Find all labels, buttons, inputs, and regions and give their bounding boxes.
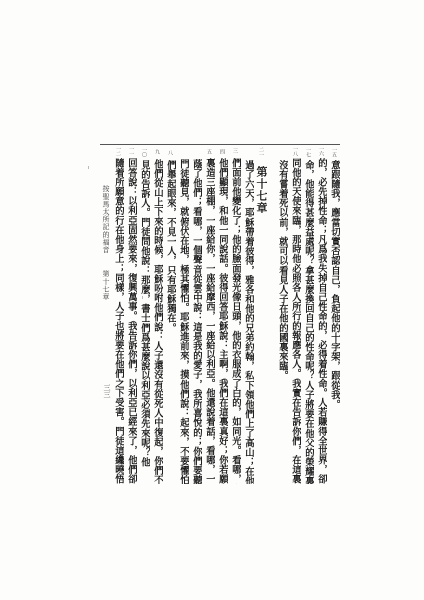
verse-number: 一二 <box>112 146 124 156</box>
verse-number: 一一 <box>125 146 137 156</box>
text-column: 一五 意跟隨我，應當切實否認自己，負起他的十字架，跟從我。 <box>328 146 340 484</box>
running-title: 按聖馬太所記的福音 第十七章 <box>101 185 111 301</box>
verse-number: 二一 <box>255 146 267 158</box>
text-column: 一八 同他的天使來臨，那時他必照各人所行的報應各人。我實在告訴你們，在這裏站着的… <box>289 146 301 484</box>
verse-number: 三 <box>229 146 241 156</box>
scan-speck <box>88 166 89 169</box>
text-column: 一六 的，必先掉性命；凡爲我失掉自己性命的，必得着性命。人若賺得全世界，卻賠掉了… <box>315 146 327 484</box>
chapter-heading: 第十七章 <box>255 166 267 214</box>
column-text: 意跟隨我，應當切實否認自己，負起他的十字架，跟從我。 <box>328 160 340 409</box>
column-text: 命，他能得甚麼益處呢？拿甚麼換回自己的性命呢？人子將要在他父的榮耀裏 <box>302 160 314 484</box>
text-column: 蔭了他們；看哪，一個聲音從雲中說：這是我的愛子，我所喜悅的；你們要聽他。 <box>190 146 202 484</box>
text-column: 五 裏造三座棚，一座給你，一座給摩西，一座給以利亞。他還說着話，看哪，一朵光明的… <box>203 146 215 484</box>
text-column: 四 他們顯現，和他一同說話。彼得回答耶穌說：主啊，我們在這裏真好；你若願意，我就… <box>216 146 228 484</box>
column-text: 他們顯現，和他一同說話。彼得回答耶穌說：主啊，我們在這裏真好；你若願意，我就在這 <box>216 158 228 484</box>
verse-number: 九 <box>151 146 163 157</box>
text-column: 一七 命，他能得甚麼益處呢？拿甚麼換回自己的性命呢？人子將要在他父的榮耀裏 <box>302 146 314 484</box>
column-text: 隨着所願意的行在他身上；同樣，人子也將要在他們之下受害。門徒這纔曉悟他是指着施洗 <box>112 158 124 484</box>
column-text: 他們從山上下來的時候，耶穌吩咐他們說：人子還沒有從死人中復起，你們不要將所看 <box>151 159 163 484</box>
running-title-book: 按聖馬太所記的福音 <box>102 185 110 253</box>
column-text: 蔭了他們；看哪，一個聲音從雲中說：這是我的愛子，我所喜悅的；你們要聽他。 <box>190 159 202 484</box>
vertical-columns: 一五 意跟隨我，應當切實否認自己，負起他的十字架，跟從我。 一六 的，必先掉性命… <box>112 146 340 484</box>
column-text: 裏造三座棚，一座給你，一座給摩西，一座給以利亞。他還說着話，看哪，一朵光明的雲彩 <box>203 158 215 484</box>
chapter-heading-column: 二一 第十七章 <box>255 146 267 484</box>
scan-speck <box>142 296 143 299</box>
text-column: 一一 回答說：以利亞固然要來，復興萬事。我告訴你們，以利亞已經來了，他們卻不認識… <box>125 146 137 484</box>
verse-number: 一五 <box>328 146 340 158</box>
verse-number: 一七 <box>302 146 314 158</box>
column-text: 見的告訴人。門徒問他說：那麼，書士們爲甚麼說以利亞必須先來呢？他 <box>138 160 150 467</box>
running-title-chapter: 第十七章 <box>101 270 111 300</box>
column-text: 同他的天使來臨，那時他必照各人所行的報應各人。我實在告訴你們，在這裏站着的，有人… <box>289 158 301 484</box>
verse-number: 八 <box>164 146 176 158</box>
column-text: 門徒聽見，就俯伏在地，極其懼怕。耶穌進前來，摸他們說：起來，不要懼怕了。他 <box>177 159 189 484</box>
verse-number: 四 <box>216 146 228 156</box>
column-text: 過了六天，耶穌帶着彼得，雅各和他的兄弟約翰，私下領他們上了高山；在他 <box>242 160 254 484</box>
verse-number: 一〇 <box>138 146 150 158</box>
text-column: 門徒聽見，就俯伏在地，極其懼怕。耶穌進前來，摸他們說：起來，不要懼怕了。他 <box>177 146 189 484</box>
verse-number: 一六 <box>315 146 327 156</box>
text-column: 三 們面前他變化了；他的臉面發光像日頭，他的衣服成了白的，如同光。看哪，摩西和以… <box>229 146 241 484</box>
text-column: 九 他們從山上下來的時候，耶穌吩咐他們說：人子還沒有從死人中復起，你們不要將所看 <box>151 146 163 484</box>
text-column: 一〇 見的告訴人。門徒問他說：那麼，書士們爲甚麼說以利亞必須先來呢？他 <box>138 146 150 484</box>
text-column: 八 們舉起眼來，不見一人，只有耶穌獨在。 <box>164 146 176 484</box>
column-text: 沒有嘗着死以前，就可以看見人子在他的國裏來臨。 <box>276 160 288 381</box>
column-text: 們舉起眼來，不見一人，只有耶穌獨在。 <box>164 160 176 333</box>
column-text: 們面前他變化了；他的臉面發光像日頭，他的衣服成了白的，如同光。看哪，摩西和以利亞… <box>229 158 241 484</box>
header-rule <box>100 144 340 145</box>
page-number: 三三 <box>102 384 112 398</box>
text-block: 一五 意跟隨我，應當切實否認自己，負起他的十字架，跟從我。 一六 的，必先掉性命… <box>100 144 340 484</box>
column-text: 的，必先掉性命；凡爲我失掉自己性命的，必得着性命。人若賺得全世界，卻賠掉了自己的… <box>315 158 327 484</box>
text-column: 一二 隨着所願意的行在他身上；同樣，人子也將要在他們之下受害。門徒這纔曉悟他是指… <box>112 146 124 484</box>
column-text: 回答說：以利亞固然要來，復興萬事。我告訴你們，以利亞已經來了，他們卻不認識他，反… <box>125 158 137 484</box>
scanned-page: 一五 意跟隨我，應當切實否認自己，負起他的十字架，跟從我。 一六 的，必先掉性命… <box>0 0 424 600</box>
text-column: 過了六天，耶穌帶着彼得，雅各和他的兄弟約翰，私下領他們上了高山；在他 <box>242 146 254 484</box>
column-gap <box>268 146 275 484</box>
verse-number: 一八 <box>289 146 301 156</box>
text-column: 沒有嘗着死以前，就可以看見人子在他的國裏來臨。 <box>276 146 288 484</box>
verse-number: 五 <box>203 146 215 156</box>
